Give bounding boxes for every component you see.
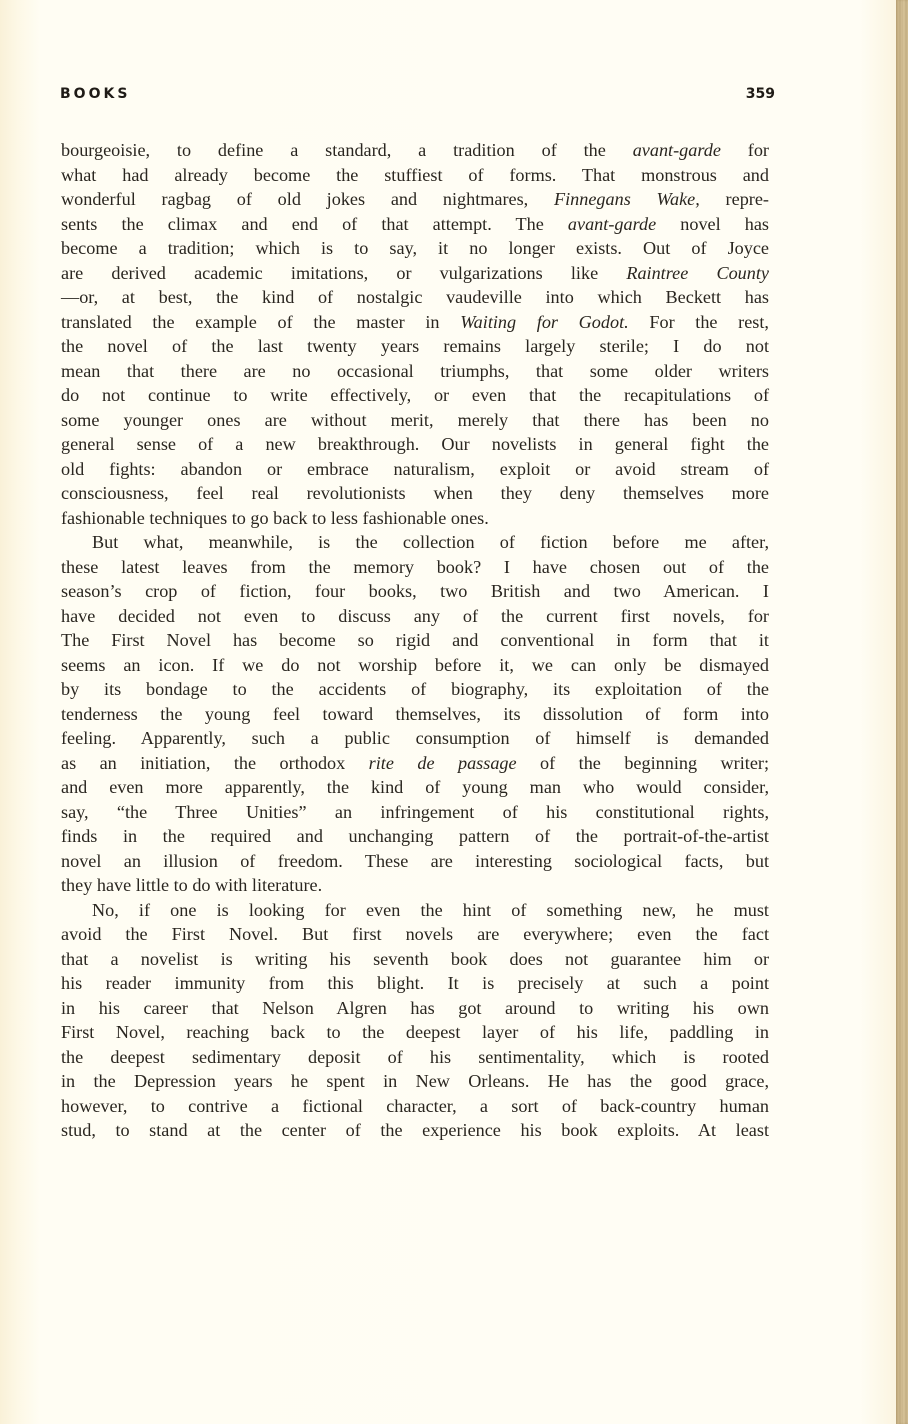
text-line: what had already become the stuffiest of… — [61, 163, 769, 188]
text-line: The First Novel has become so rigid and … — [61, 628, 769, 653]
italic-title: Waiting for Godot. — [460, 312, 629, 332]
text-line: finds in the required and unchanging pat… — [61, 824, 769, 849]
text-line: the novel of the last twenty years remai… — [61, 334, 769, 359]
text-line: are derived academic imitations, or vulg… — [61, 261, 769, 286]
text-line: do not continue to write effectively, or… — [61, 383, 769, 408]
book-page: BOOKS 359 bourgeoisie, to define a stand… — [0, 0, 908, 1424]
text-line: But what, meanwhile, is the collection o… — [61, 530, 769, 555]
text-line: tenderness the young feel toward themsel… — [61, 702, 769, 727]
text-line: these latest leaves from the memory book… — [61, 555, 769, 580]
text-line: some younger ones are without merit, mer… — [61, 408, 769, 433]
text-line: the deepest sedimentary deposit of his s… — [61, 1045, 769, 1070]
text-line: wonderful ragbag of old jokes and nightm… — [61, 187, 769, 212]
text-line: bourgeoisie, to define a standard, a tra… — [61, 138, 769, 163]
text-line: stud, to stand at the center of the expe… — [61, 1118, 769, 1143]
italic-title: rite de passage — [369, 753, 517, 773]
italic-title: Finnegans Wake, — [554, 189, 700, 209]
text-line: fashionable techniques to go back to les… — [61, 506, 769, 531]
text-line: become a tradition; which is to say, it … — [61, 236, 769, 261]
text-line: old fights: abandon or embrace naturalis… — [61, 457, 769, 482]
text-line: mean that there are no occasional triump… — [61, 359, 769, 384]
text-line: feeling. Apparently, such a public consu… — [61, 726, 769, 751]
text-line: his reader immunity from this blight. It… — [61, 971, 769, 996]
text-line: by its bondage to the accidents of biogr… — [61, 677, 769, 702]
text-line: No, if one is looking for even the hint … — [61, 898, 769, 923]
text-line: and even more apparently, the kind of yo… — [61, 775, 769, 800]
italic-title: avant-garde — [568, 214, 656, 234]
text-line: First Novel, reaching back to the deepes… — [61, 1020, 769, 1045]
text-line: they have little to do with literature. — [61, 873, 769, 898]
text-line: consciousness, feel real revolutionists … — [61, 481, 769, 506]
text-line: translated the example of the master in … — [61, 310, 769, 335]
body-text: bourgeoisie, to define a standard, a tra… — [61, 138, 769, 1143]
text-line: as an initiation, the orthodox rite de p… — [61, 751, 769, 776]
text-line: in his career that Nelson Algren has got… — [61, 996, 769, 1021]
text-line: general sense of a new breakthrough. Our… — [61, 432, 769, 457]
text-line: that a novelist is writing his seventh b… — [61, 947, 769, 972]
italic-title: avant-garde — [633, 140, 721, 160]
text-line: season’s crop of fiction, four books, tw… — [61, 579, 769, 604]
italic-title: Raintree County — [626, 263, 769, 283]
text-line: however, to contrive a fictional charact… — [61, 1094, 769, 1119]
text-line: in the Depression years he spent in New … — [61, 1069, 769, 1094]
text-line: sents the climax and end of that attempt… — [61, 212, 769, 237]
section-title: BOOKS — [60, 86, 130, 102]
page-number: 359 — [746, 86, 775, 102]
text-line: novel an illusion of freedom. These are … — [61, 849, 769, 874]
text-line: —or, at best, the kind of nostalgic vaud… — [61, 285, 769, 310]
text-line: have decided not even to discuss any of … — [61, 604, 769, 629]
text-line: seems an icon. If we do not worship befo… — [61, 653, 769, 678]
running-head: BOOKS 359 — [60, 86, 775, 102]
page-edge — [896, 0, 908, 1424]
text-line: avoid the First Novel. But first novels … — [61, 922, 769, 947]
text-line: say, “the Three Unities” an infringement… — [61, 800, 769, 825]
